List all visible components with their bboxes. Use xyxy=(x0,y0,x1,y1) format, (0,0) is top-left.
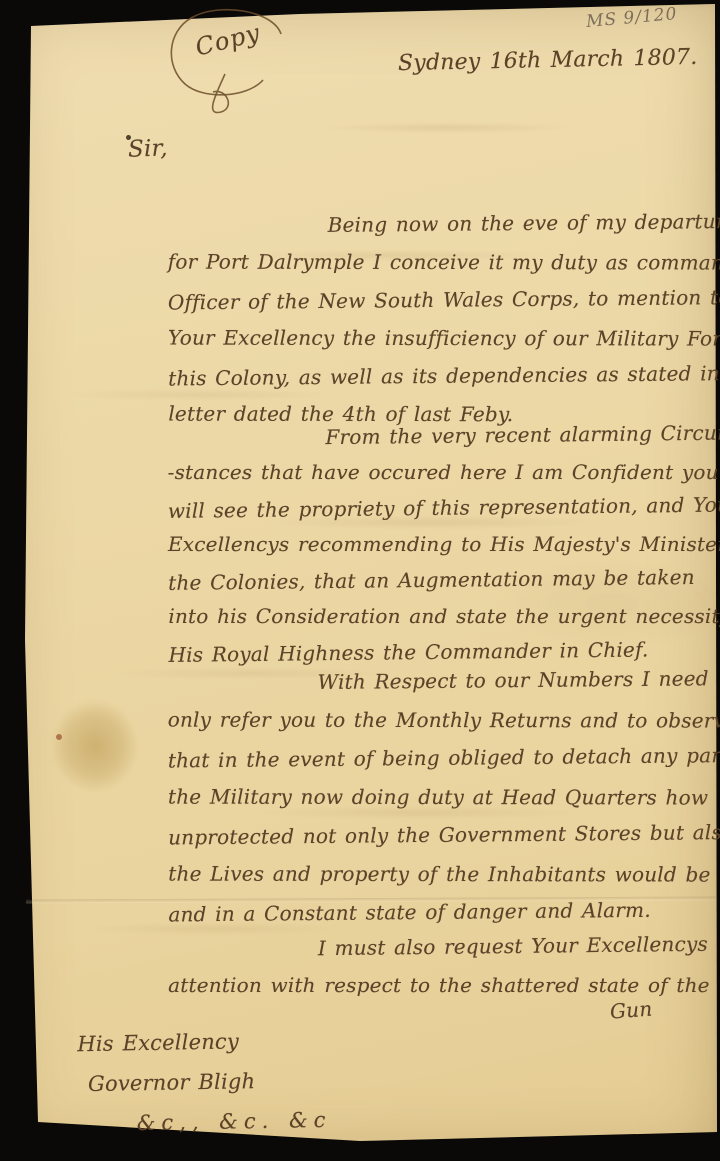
letter-line: that in the event of being obliged to de… xyxy=(168,737,678,780)
letter-line: will see the propriety of this represent… xyxy=(168,487,678,529)
letter-line: attention with respect to the shattered … xyxy=(168,966,678,1004)
copy-stamp: Copy xyxy=(163,4,298,124)
address-block: His Excellency Governor Bligh &c,, &c. &… xyxy=(77,1020,332,1144)
paragraph-4: I must also request Your Excellencys att… xyxy=(168,927,678,1006)
letter-line: Your Excellency the insufficiency of our… xyxy=(168,319,678,358)
letter-line: Being now on the eve of my departure xyxy=(167,203,677,246)
paragraph-1: Being now on the eve of my departure for… xyxy=(168,204,679,434)
letter-line: I must also request Your Excellencys xyxy=(168,925,678,969)
letter-line: Officer of the New South Wales Corps, to… xyxy=(168,279,678,322)
paragraph-2: From the very recent alarming Circum- -s… xyxy=(167,417,678,672)
catchword: Gun xyxy=(609,997,653,1024)
salutation: Sir, xyxy=(128,135,169,162)
letter-line: the Lives and property of the Inhabitant… xyxy=(168,854,678,893)
paper-stain-dot xyxy=(56,734,62,740)
paragraph-3: With Respect to our Numbers I need only … xyxy=(168,661,679,932)
letter-line: Excellencys recommending to His Majesty'… xyxy=(168,526,678,562)
letter-line: into his Consideration and state the urg… xyxy=(168,598,678,634)
letter-line: With Respect to our Numbers I need xyxy=(167,660,677,703)
letter-line: -stances that have occured here I am Con… xyxy=(168,454,678,490)
paper-stain xyxy=(52,700,138,792)
letter-line: the Colonies, that an Augmentation may b… xyxy=(168,559,678,601)
copy-stamp-flourish-icon xyxy=(163,4,298,124)
addressee-line: His Excellency xyxy=(77,1020,330,1064)
letter-line: for Port Dalrymple I conceive it my duty… xyxy=(168,243,678,282)
letter-line: From the very recent alarming Circum- xyxy=(167,415,677,457)
letter-line: the Military now doing duty at Head Quar… xyxy=(168,777,678,816)
letter-line: this Colony, as well as its dependencies… xyxy=(168,355,678,398)
letter-line: unprotected not only the Government Stor… xyxy=(168,814,678,857)
addressee-line: &c,, &c. &c xyxy=(78,1100,331,1144)
letter-line: only refer you to the Monthly Returns an… xyxy=(168,700,678,739)
addressee-line: Governor Bligh xyxy=(78,1060,331,1104)
